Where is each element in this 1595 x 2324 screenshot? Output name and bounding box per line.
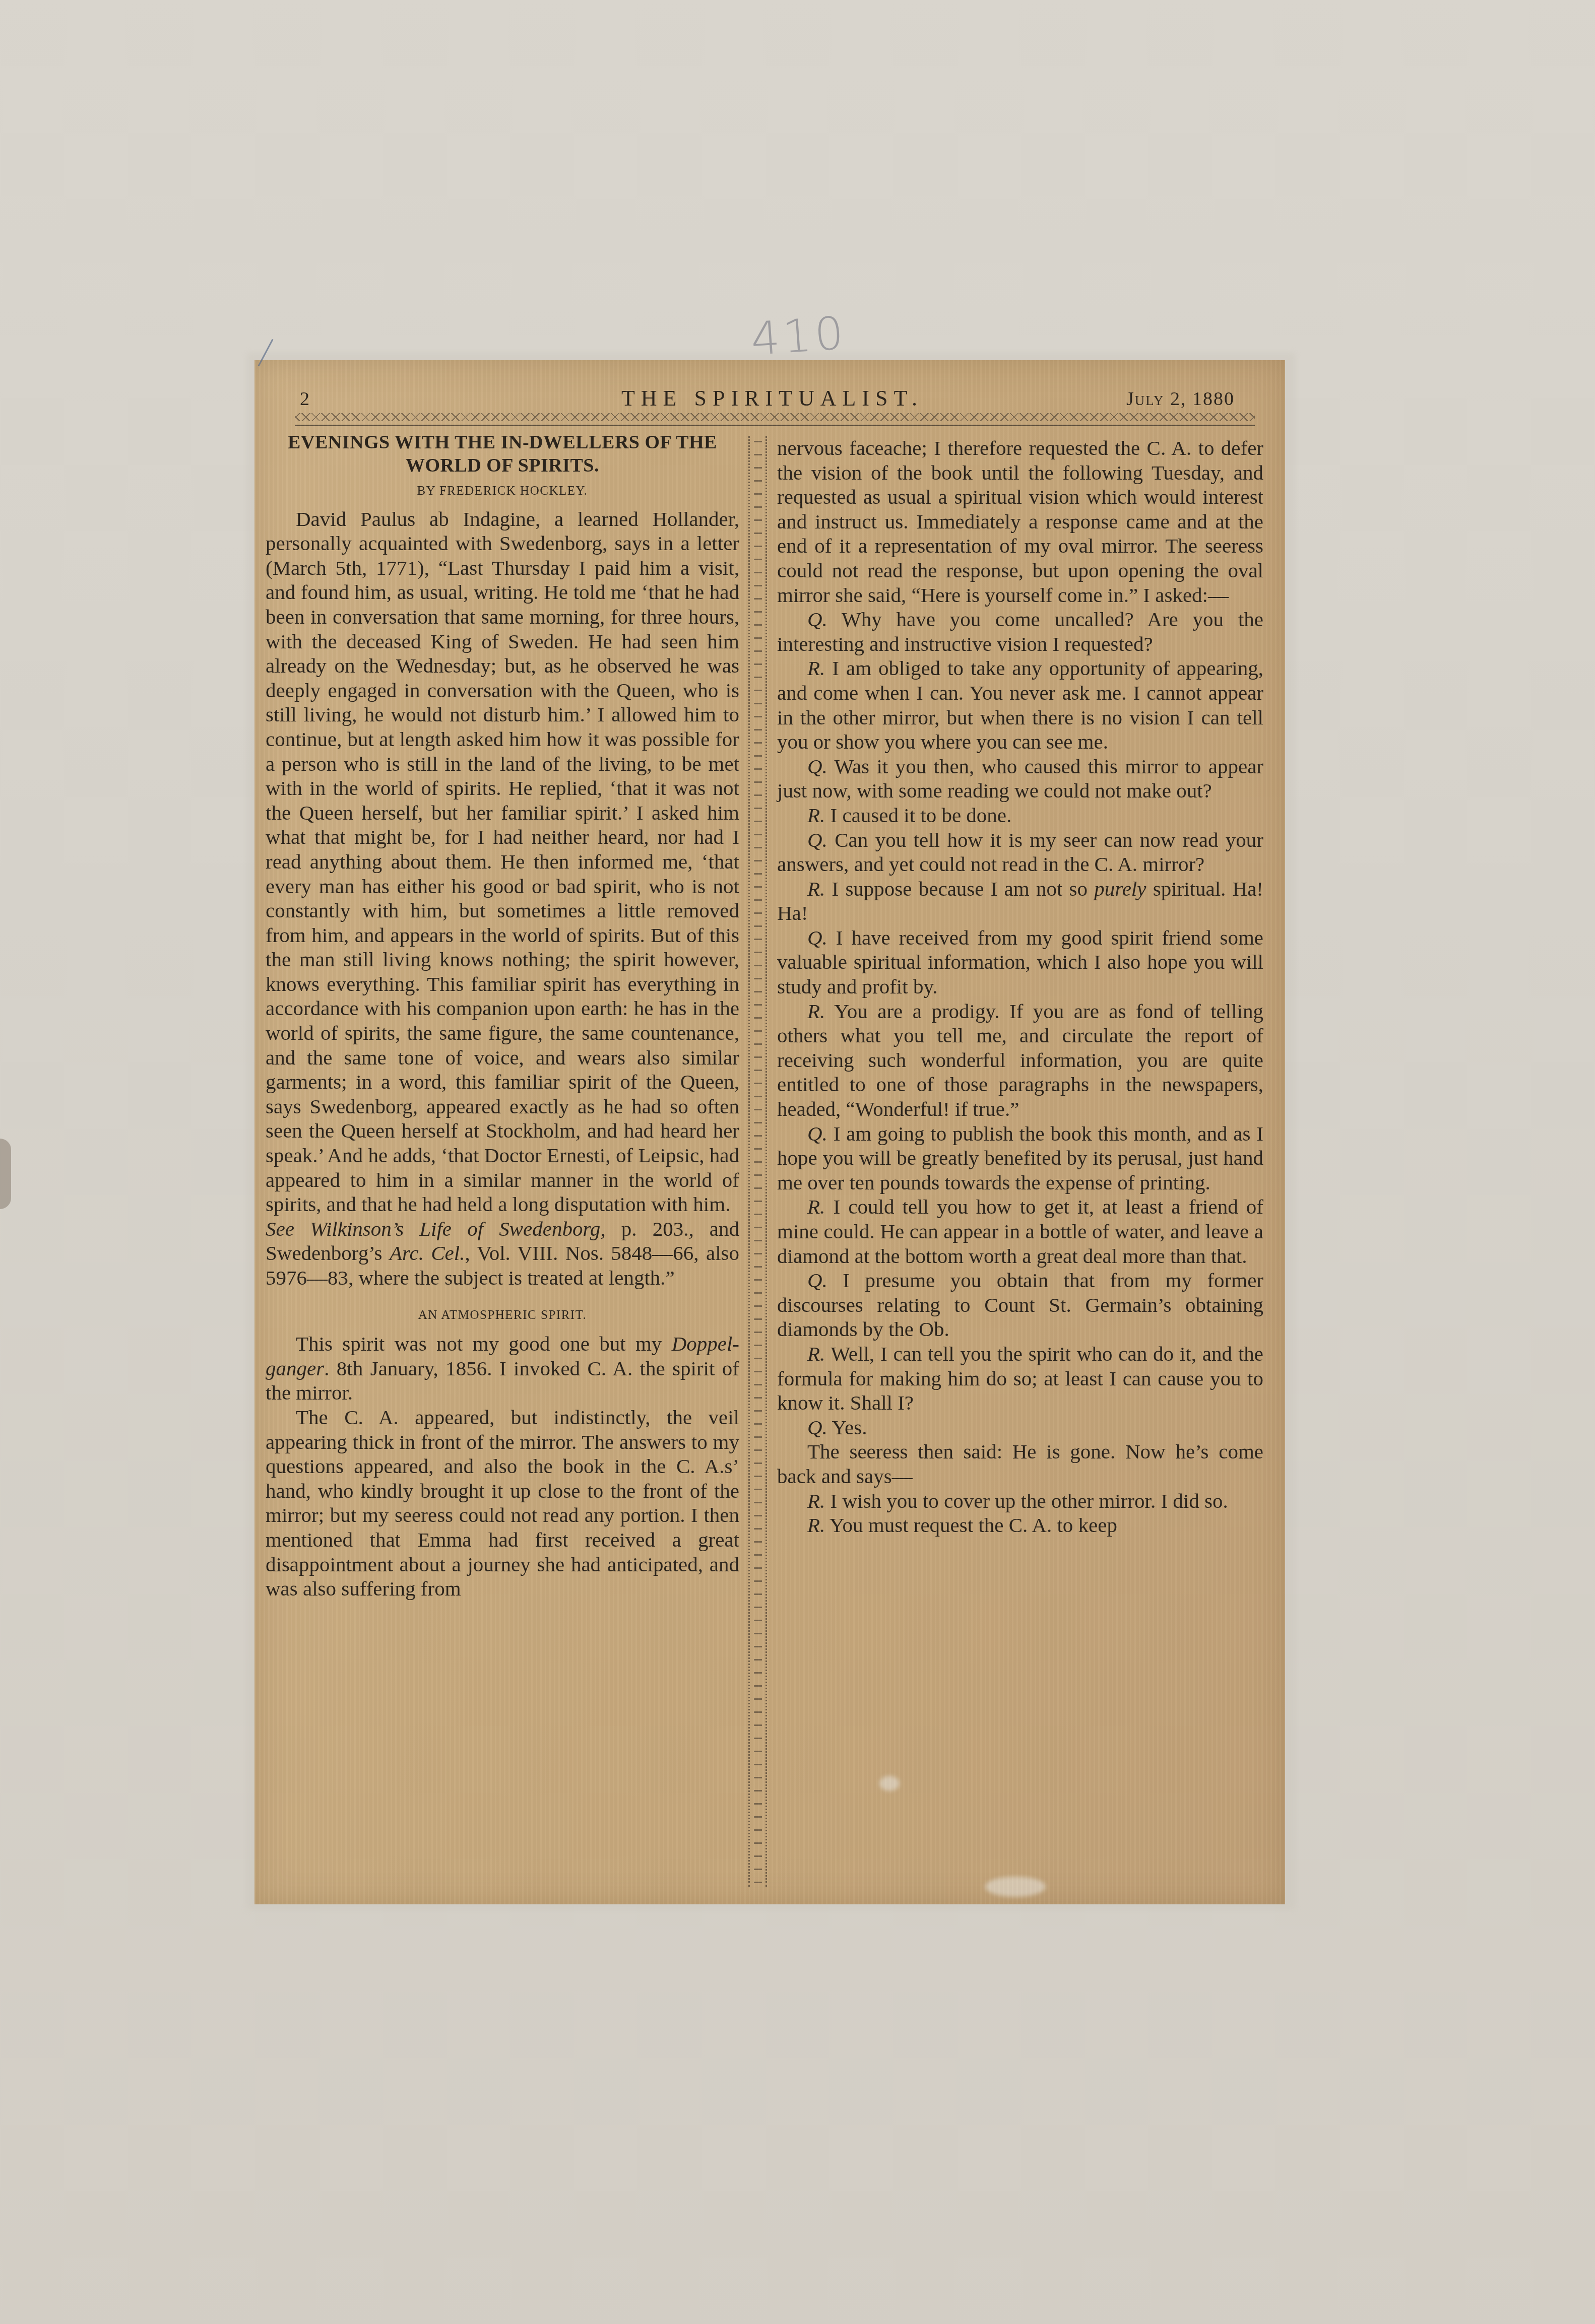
speaker-label: R. — [807, 1195, 825, 1218]
divider-dotted-line — [765, 436, 767, 1887]
dialogue-text: I wish you to cover up the other mirror.… — [825, 1489, 1228, 1512]
byline: BY FREDERICK HOCKLEY. — [266, 479, 739, 504]
italic-term: purely — [1094, 877, 1146, 900]
dialogue-text: I am going to publish the book this mont… — [777, 1122, 1263, 1194]
dialogue-text: You are a prodigy. If you are as fond of… — [777, 1000, 1263, 1120]
dialogue: Q. Why have you come uncalled? Are you t… — [777, 607, 1263, 1439]
left-column: EVENINGS WITH THE IN-DWELLERS OF THE WOR… — [266, 431, 739, 1601]
dialogue-text: I have received from my good spirit frie… — [777, 926, 1263, 998]
speaker-label: R. — [807, 1000, 825, 1023]
dialogue-text: I could tell you how to get it, at least… — [777, 1195, 1263, 1267]
header-rule — [295, 425, 1255, 426]
paper-scuff — [985, 1877, 1046, 1897]
dialogue-text: I presume you obtain that from my former… — [777, 1269, 1263, 1341]
speaker-label: Q. — [807, 926, 827, 949]
column-divider — [747, 436, 770, 1887]
dialogue-line: Q. I have received from my good spirit f… — [777, 925, 1263, 999]
speaker-label: Q. — [807, 828, 827, 851]
dialogue-text: Well, I can tell you the spirit who can … — [777, 1342, 1263, 1414]
paragraph: David Paulus ab Indagine, a learned Hol­… — [266, 507, 739, 1217]
book-edge-shadow — [0, 1139, 11, 1209]
dialogue-line: Q. I presume you obtain that from my for… — [777, 1268, 1263, 1342]
citation-paragraph: See Wilkinson’s Life of Swedenborg, p. 2… — [266, 1217, 739, 1290]
speaker-label: R. — [807, 804, 825, 827]
paragraph-text: This spirit was not my good one but my — [296, 1332, 672, 1355]
dialogue-text: You must request the C. A. to keep — [825, 1513, 1117, 1537]
paragraph: This spirit was not my good one but my D… — [266, 1332, 739, 1405]
speaker-label: Q. — [807, 1122, 827, 1145]
dialogue-line: R. I wish you to cover up the other mirr… — [777, 1489, 1263, 1513]
dialogue-line: R. Well, I can tell you the spirit who c… — [777, 1342, 1263, 1415]
masthead: 2 THE SPIRITUALIST. July 2, 1880 — [290, 378, 1255, 408]
speaker-label: R. — [807, 656, 825, 680]
dialogue-line: R. I caused it to be done. — [777, 803, 1263, 828]
speaker-label: Q. — [807, 1416, 827, 1439]
dialogue-text: I am obliged to take any opportunity of … — [777, 656, 1263, 753]
speaker-label: R. — [807, 1489, 825, 1512]
dialogue-text: Why have you come uncalled? Are you the … — [777, 608, 1263, 655]
dialogue-line: R. You must request the C. A. to keep — [777, 1513, 1263, 1538]
right-column: nervous faceache; I therefore requested … — [777, 436, 1263, 1538]
article-headline: EVENINGS WITH THE IN-DWELLERS OF THE WOR… — [266, 431, 739, 477]
dialogue-line: R. I am obliged to take any opportunity … — [777, 656, 1263, 754]
dialogue-line: R. I could tell you how to get it, at le… — [777, 1194, 1263, 1268]
speaker-label: R. — [807, 1342, 825, 1365]
dialogue-line: Q. I am going to publish the book this m… — [777, 1121, 1263, 1195]
divider-wavy-line — [754, 436, 762, 1887]
speaker-label: Q. — [807, 755, 827, 778]
dialogue-line: R. I suppose because I am not so purely … — [777, 877, 1263, 925]
decorative-zigzag-rule — [295, 413, 1255, 421]
dialogue-text: I caused it to be done. — [825, 804, 1011, 827]
divider-dotted-line — [748, 436, 750, 1887]
speaker-label: R. — [807, 877, 825, 900]
dialogue-text: Can you tell how it is my seer can now r… — [777, 828, 1263, 876]
citation-see: See — [266, 1217, 294, 1240]
section-subhead: AN ATMOSPHERIC SPIRIT. — [266, 1303, 739, 1328]
dialogue-line: Q. Yes. — [777, 1415, 1263, 1440]
narration: The seeress then said: He is gone. Now h… — [777, 1439, 1263, 1488]
dialogue-line: R. You are a prodigy. If you are as fond… — [777, 999, 1263, 1121]
paper-scuff — [879, 1776, 900, 1791]
citation-book: Wilkinson’s Life of Swedenborg — [310, 1217, 600, 1240]
paragraph-text: . 8th January, 1856. I invoked C. A. the… — [266, 1357, 739, 1405]
publication-title: THE SPIRITUALIST. — [290, 385, 1255, 411]
dialogue-text: I suppose because I am not so — [825, 877, 1094, 900]
dialogue-line: Q. Why have you come uncalled? Are you t… — [777, 607, 1263, 656]
dialogue-text: Was it you then, who caused this mirror … — [777, 755, 1263, 803]
speaker-label: R. — [807, 1513, 825, 1537]
newspaper-clipping: 2 THE SPIRITUALIST. July 2, 1880 EVENING… — [254, 360, 1285, 1904]
dialogue-end: R. I wish you to cover up the other mirr… — [777, 1489, 1263, 1538]
issue-date: July 2, 1880 — [1126, 388, 1235, 410]
paragraph: nervous faceache; I therefore requested … — [777, 436, 1263, 607]
dialogue-line: Q. Can you tell how it is my seer can no… — [777, 828, 1263, 877]
speaker-label: Q. — [807, 608, 827, 631]
dialogue-text: Yes. — [827, 1416, 867, 1439]
speaker-label: Q. — [807, 1269, 827, 1292]
citation-work: Arc. Cel. — [390, 1241, 465, 1265]
paragraph: The C. A. appeared, but indistinctly, th… — [266, 1405, 739, 1601]
dialogue-line: Q. Was it you then, who caused this mirr… — [777, 754, 1263, 803]
